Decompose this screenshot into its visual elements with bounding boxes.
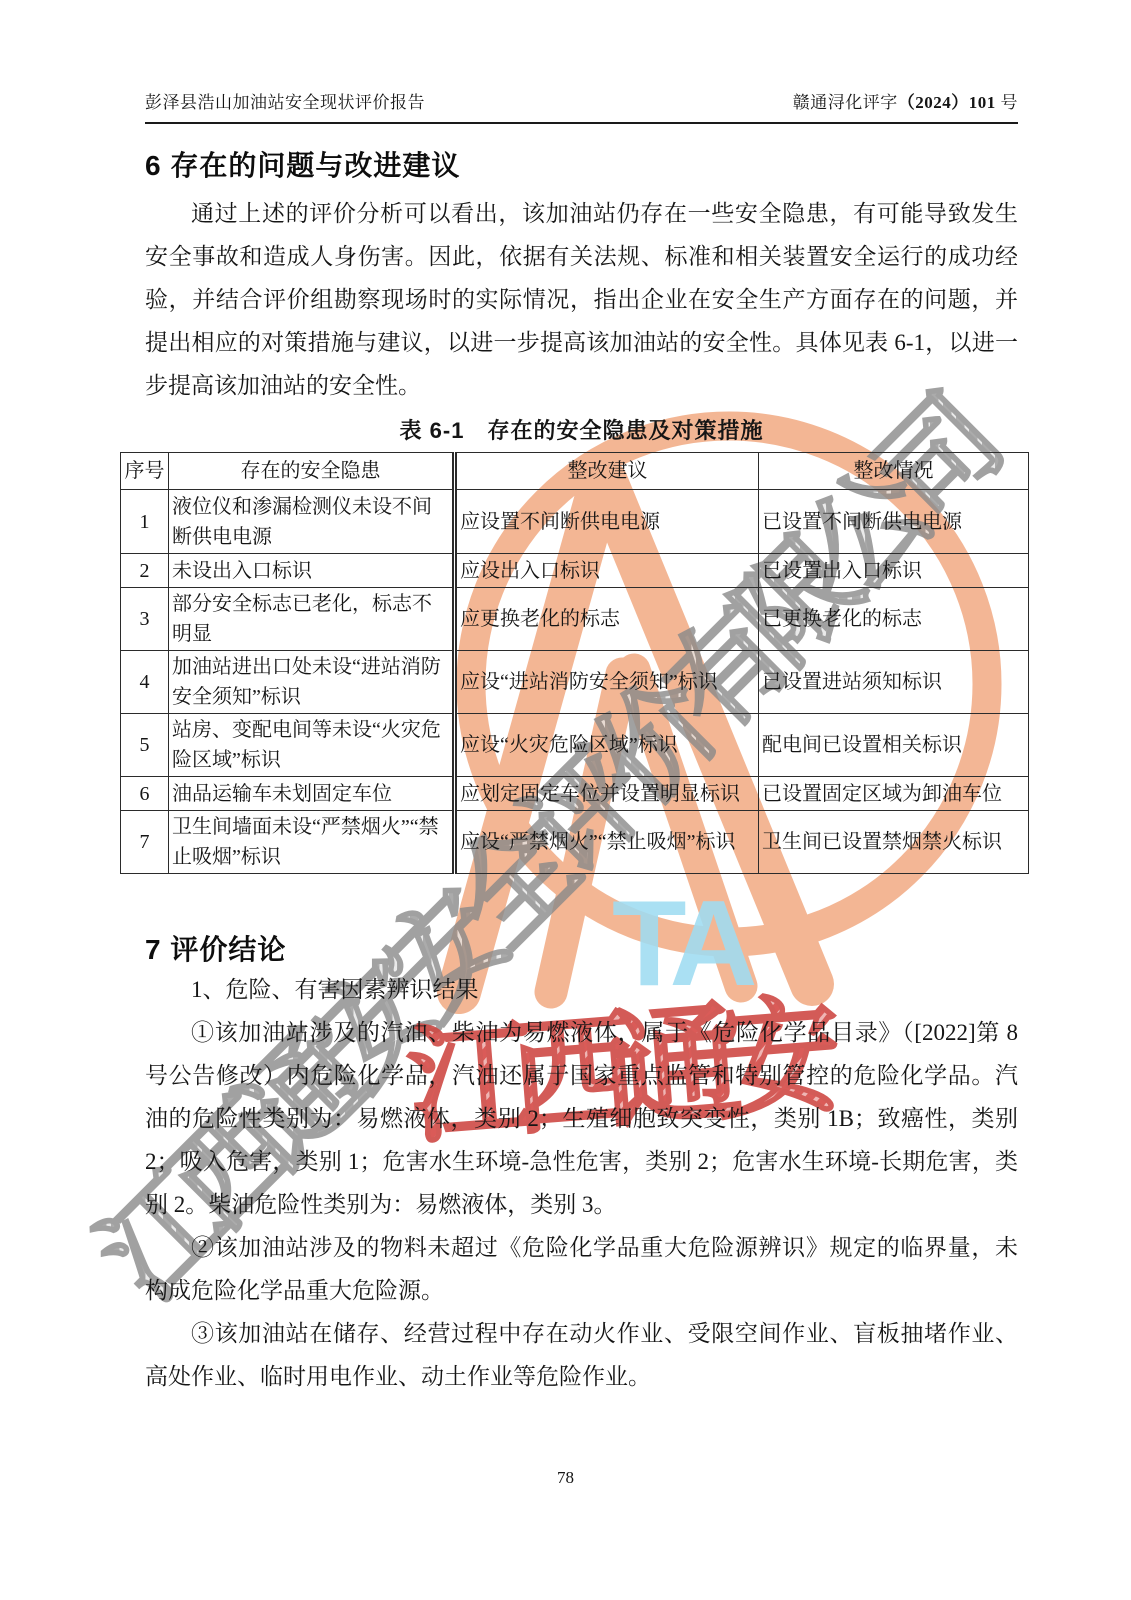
header-report-title: 彭泽县浩山加油站安全现状评价报告: [145, 88, 425, 113]
col-header-status: 整改情况: [759, 453, 1029, 490]
cell-status: 已设置进站须知标识: [759, 651, 1029, 714]
section-7-paragraph-2: ①该加油站涉及的汽油、柴油为易燃液体，属于《危险化学品目录》（[2022]第 8…: [145, 1011, 1018, 1226]
table-6-1-title: 表 6-1 存在的安全隐患及对策措施: [145, 414, 1018, 445]
cell-status: 配电间已设置相关标识: [759, 714, 1029, 777]
section-7-paragraph-3: ②该加油站涉及的物料未超过《危险化学品重大危险源辨识》规定的临界量，未构成危险化…: [145, 1226, 1018, 1312]
page-number: 78: [0, 1468, 1131, 1488]
table-row: 7 卫生间墙面未设“严禁烟火”“禁止吸烟”标识 应设“严禁烟火”“禁止吸烟”标识…: [121, 811, 1029, 874]
table-row: 4 加油站进出口处未设“进站消防安全须知”标识 应设“进站消防安全须知”标识 已…: [121, 651, 1029, 714]
cell-status: 已设置不间断供电电源: [759, 490, 1029, 554]
cell-suggestion: 应设“火灾危险区域”标识: [455, 714, 759, 777]
cell-hazard: 部分安全标志已老化，标志不明显: [169, 588, 455, 651]
cell-hazard: 加油站进出口处未设“进站消防安全须知”标识: [169, 651, 455, 714]
header-doc-number-suffix: 号: [996, 93, 1018, 112]
table-row: 5 站房、变配电间等未设“火灾危险区域”标识 应设“火灾危险区域”标识 配电间已…: [121, 714, 1029, 777]
col-header-hazard: 存在的安全隐患: [169, 453, 455, 490]
cell-hazard: 液位仪和渗漏检测仪未设不间断供电电源: [169, 490, 455, 554]
cell-status: 已设置出入口标识: [759, 554, 1029, 588]
col-header-index: 序号: [121, 453, 169, 490]
section-6-paragraph: 通过上述的评价分析可以看出，该加油站仍存在一些安全隐患，有可能导致发生安全事故和…: [145, 192, 1018, 407]
table-row: 2 未设出入口标识 应设出入口标识 已设置出入口标识: [121, 554, 1029, 588]
cell-status: 卫生间已设置禁烟禁火标识: [759, 811, 1029, 874]
cell-index: 5: [121, 714, 169, 777]
col-header-suggestion: 整改建议: [455, 453, 759, 490]
table-row: 3 部分安全标志已老化，标志不明显 应更换老化的标志 已更换老化的标志: [121, 588, 1029, 651]
cell-index: 6: [121, 777, 169, 811]
table-row: 1 液位仪和渗漏检测仪未设不间断供电电源 应设置不间断供电电源 已设置不间断供电…: [121, 490, 1029, 554]
cell-suggestion: 应更换老化的标志: [455, 588, 759, 651]
cell-suggestion: 应设出入口标识: [455, 554, 759, 588]
cell-suggestion: 应设“进站消防安全须知”标识: [455, 651, 759, 714]
section-7-paragraph-4: ③该加油站在储存、经营过程中存在动火作业、受限空间作业、盲板抽堵作业、高处作业、…: [145, 1312, 1018, 1398]
page-content: 彭泽县浩山加油站安全现状评价报告 赣通浔化评字（2024）101 号 6 存在的…: [145, 88, 1018, 1398]
hazards-table: 序号 存在的安全隐患 整改建议 整改情况 1 液位仪和渗漏检测仪未设不间断供电电…: [120, 452, 1029, 874]
cell-hazard: 卫生间墙面未设“严禁烟火”“禁止吸烟”标识: [169, 811, 455, 874]
cell-suggestion: 应设“严禁烟火”“禁止吸烟”标识: [455, 811, 759, 874]
cell-index: 7: [121, 811, 169, 874]
cell-status: 已设置固定区域为卸油车位: [759, 777, 1029, 811]
section-7-heading: 7 评价结论: [145, 928, 1018, 968]
section-7-paragraph-1: 1、危险、有害因素辨识结果: [145, 968, 1018, 1011]
cell-suggestion: 应设置不间断供电电源: [455, 490, 759, 554]
header-doc-number: 赣通浔化评字（2024）101 号: [793, 88, 1018, 113]
page-header: 彭泽县浩山加油站安全现状评价报告 赣通浔化评字（2024）101 号: [145, 88, 1018, 124]
cell-index: 2: [121, 554, 169, 588]
cell-status: 已更换老化的标志: [759, 588, 1029, 651]
cell-suggestion: 应划定固定车位并设置明显标识: [455, 777, 759, 811]
cell-index: 3: [121, 588, 169, 651]
table-row: 6 油品运输车未划固定车位 应划定固定车位并设置明显标识 已设置固定区域为卸油车…: [121, 777, 1029, 811]
table-header-row: 序号 存在的安全隐患 整改建议 整改情况: [121, 453, 1029, 490]
header-doc-number-prefix: 赣通浔化评字: [793, 93, 898, 112]
header-doc-number-value: （2024）101: [898, 93, 996, 112]
cell-hazard: 油品运输车未划固定车位: [169, 777, 455, 811]
table-6-1-wrapper: 序号 存在的安全隐患 整改建议 整改情况 1 液位仪和渗漏检测仪未设不间断供电电…: [120, 452, 1018, 874]
cell-hazard: 未设出入口标识: [169, 554, 455, 588]
cell-index: 1: [121, 490, 169, 554]
document-page: TA 江西通安安全评价有限公司 江西通安 彭泽县浩山加油站安全现状评价报告 赣通…: [0, 0, 1131, 1600]
cell-index: 4: [121, 651, 169, 714]
section-6-heading: 6 存在的问题与改进建议: [145, 144, 1018, 184]
cell-hazard: 站房、变配电间等未设“火灾危险区域”标识: [169, 714, 455, 777]
